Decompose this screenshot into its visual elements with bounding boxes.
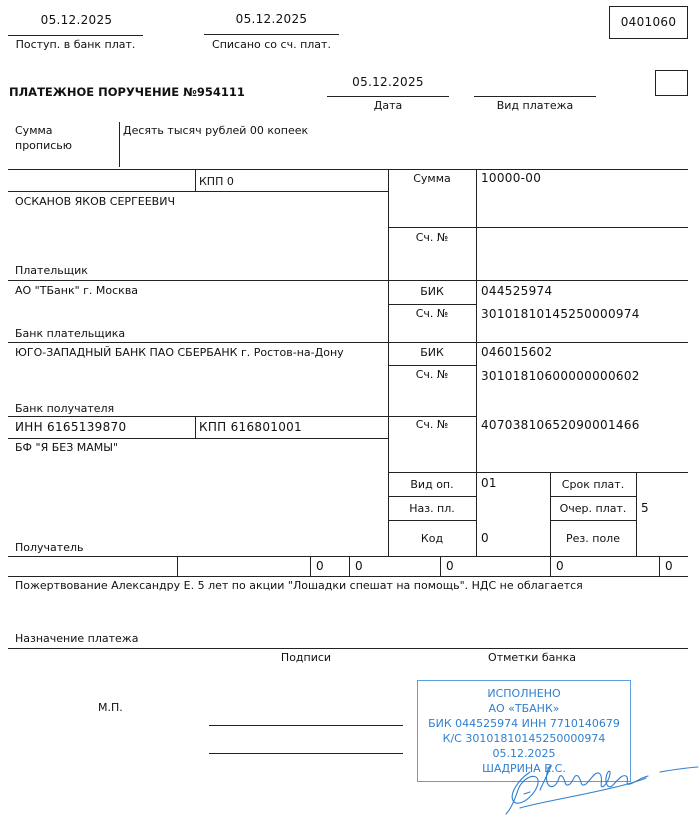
payee-name: БФ "Я БЕЗ МАМЫ" (15, 441, 118, 454)
grid-line (8, 191, 388, 192)
signature-line-2[interactable] (209, 753, 403, 754)
grid-line (388, 472, 688, 473)
purpose-text: Пожертвование Александру Е. 5 лет по акц… (15, 579, 583, 592)
payee-inn: ИНН 6165139870 (15, 421, 126, 434)
payee-bank-bik-value: 046015602 (481, 346, 552, 359)
grid-line (550, 520, 636, 521)
payer-bank-bik-value: 044525974 (481, 285, 552, 298)
priority-value: 5 (641, 502, 649, 515)
signature-icon (500, 750, 700, 817)
grid-line (636, 472, 637, 556)
payer-bank-name: АО "ТБанк" г. Москва (15, 284, 138, 297)
payee-label: Получатель (15, 541, 83, 554)
payee-bank-label: Банк получателя (15, 402, 114, 415)
payee-account-label: Сч. № (388, 418, 476, 431)
payer-bank-bik-label: БИК (388, 285, 476, 298)
grid-line (177, 556, 178, 576)
bank-marks-label: Отметки банка (482, 651, 582, 664)
tax-field-6: 0 (556, 560, 564, 573)
grid-line (8, 280, 688, 281)
grid-line (659, 556, 660, 576)
payee-bank-bik-label: БИК (388, 346, 476, 359)
tax-field-4: 0 (355, 560, 363, 573)
purpose-label: Назначение платежа (15, 632, 138, 645)
grid-line (476, 169, 477, 556)
grid-line (550, 496, 636, 497)
document-date: 05.12.2025 (327, 76, 449, 89)
amount-words-value: Десять тысяч рублей 00 копеек (123, 124, 308, 137)
grid-line (8, 169, 688, 170)
received-date: 05.12.2025 (10, 14, 143, 27)
payer-name: ОСКАНОВ ЯКОВ СЕРГЕЕВИЧ (15, 195, 175, 208)
payer-bank-account-value: 30101810145250000974 (481, 308, 640, 321)
stamp-line: ИСПОЛНЕНО (418, 686, 630, 701)
payee-bank-account-label: Сч. № (388, 368, 476, 381)
payment-type-line (474, 96, 596, 97)
document-date-line (327, 96, 449, 97)
seal-label: М.П. (98, 701, 123, 714)
form-code: 0401060 (609, 16, 688, 29)
grid-line (195, 416, 196, 438)
debited-date: 05.12.2025 (205, 13, 338, 26)
payee-bank-name: ЮГО-ЗАПАДНЫЙ БАНК ПАО СБЕРБАНК г. Ростов… (15, 346, 344, 359)
grid-line (388, 496, 476, 497)
reserve-label: Рез. поле (550, 532, 636, 545)
stamp-line: БИК 044525974 ИНН 7710140679 (418, 716, 630, 731)
received-label: Поступ. в банк плат. (8, 38, 143, 51)
payer-account-label: Сч. № (388, 231, 476, 244)
payer-amount-label: Сумма (388, 172, 476, 185)
code-value: 0 (481, 532, 489, 545)
grid-line (8, 576, 688, 577)
signature-line-1[interactable] (209, 725, 403, 726)
payer-label: Плательщик (15, 264, 88, 277)
grid-line (8, 438, 388, 439)
payer-bank-account-label: Сч. № (388, 307, 476, 320)
payee-bank-account-value: 30101810600000000602 (481, 370, 640, 383)
grid-line (8, 416, 476, 417)
priority-label: Очер. плат. (550, 502, 636, 515)
grid-line (8, 648, 688, 649)
payer-kpp: КПП 0 (199, 175, 234, 188)
status-box (655, 70, 688, 96)
amount-words-label-2: прописью (15, 139, 72, 152)
stamp-line: АО «ТБАНК» (418, 701, 630, 716)
grid-line (388, 365, 476, 366)
grid-line (195, 169, 196, 191)
document-title: ПЛАТЕЖНОЕ ПОРУЧЕНИЕ №954111 (9, 86, 245, 99)
payer-bank-label: Банк плательщика (15, 327, 125, 340)
op-type-value: 01 (481, 477, 497, 490)
amount-words-divider (119, 122, 120, 167)
stamp-line: К/С 30101810145250000974 (418, 731, 630, 746)
grid-line (388, 227, 688, 228)
tax-field-7: 0 (665, 560, 673, 573)
amount-words-label-1: Сумма (15, 124, 53, 137)
document-date-label: Дата (327, 99, 449, 112)
debited-label: Списано со сч. плат. (204, 38, 339, 51)
grid-line (349, 556, 350, 576)
grid-line (388, 304, 476, 305)
grid-line (310, 556, 311, 576)
grid-line (8, 556, 688, 557)
received-date-line (8, 35, 143, 36)
signatures-label: Подписи (256, 651, 356, 664)
tax-field-5: 0 (446, 560, 454, 573)
debited-date-line (204, 34, 339, 35)
op-type-label: Вид оп. (388, 478, 476, 491)
payment-type-label: Вид платежа (474, 99, 596, 112)
tax-field-3: 0 (316, 560, 324, 573)
payee-account-value: 40703810652090001466 (481, 419, 640, 432)
due-label: Срок плат. (550, 478, 636, 491)
code-label: Код (388, 532, 476, 545)
purpose-code-label: Наз. пл. (388, 502, 476, 515)
payee-kpp: КПП 616801001 (199, 421, 302, 434)
grid-line (388, 169, 389, 556)
grid-line (388, 520, 476, 521)
grid-line (440, 556, 441, 576)
payer-amount-value: 10000-00 (481, 172, 541, 185)
grid-line (8, 342, 688, 343)
